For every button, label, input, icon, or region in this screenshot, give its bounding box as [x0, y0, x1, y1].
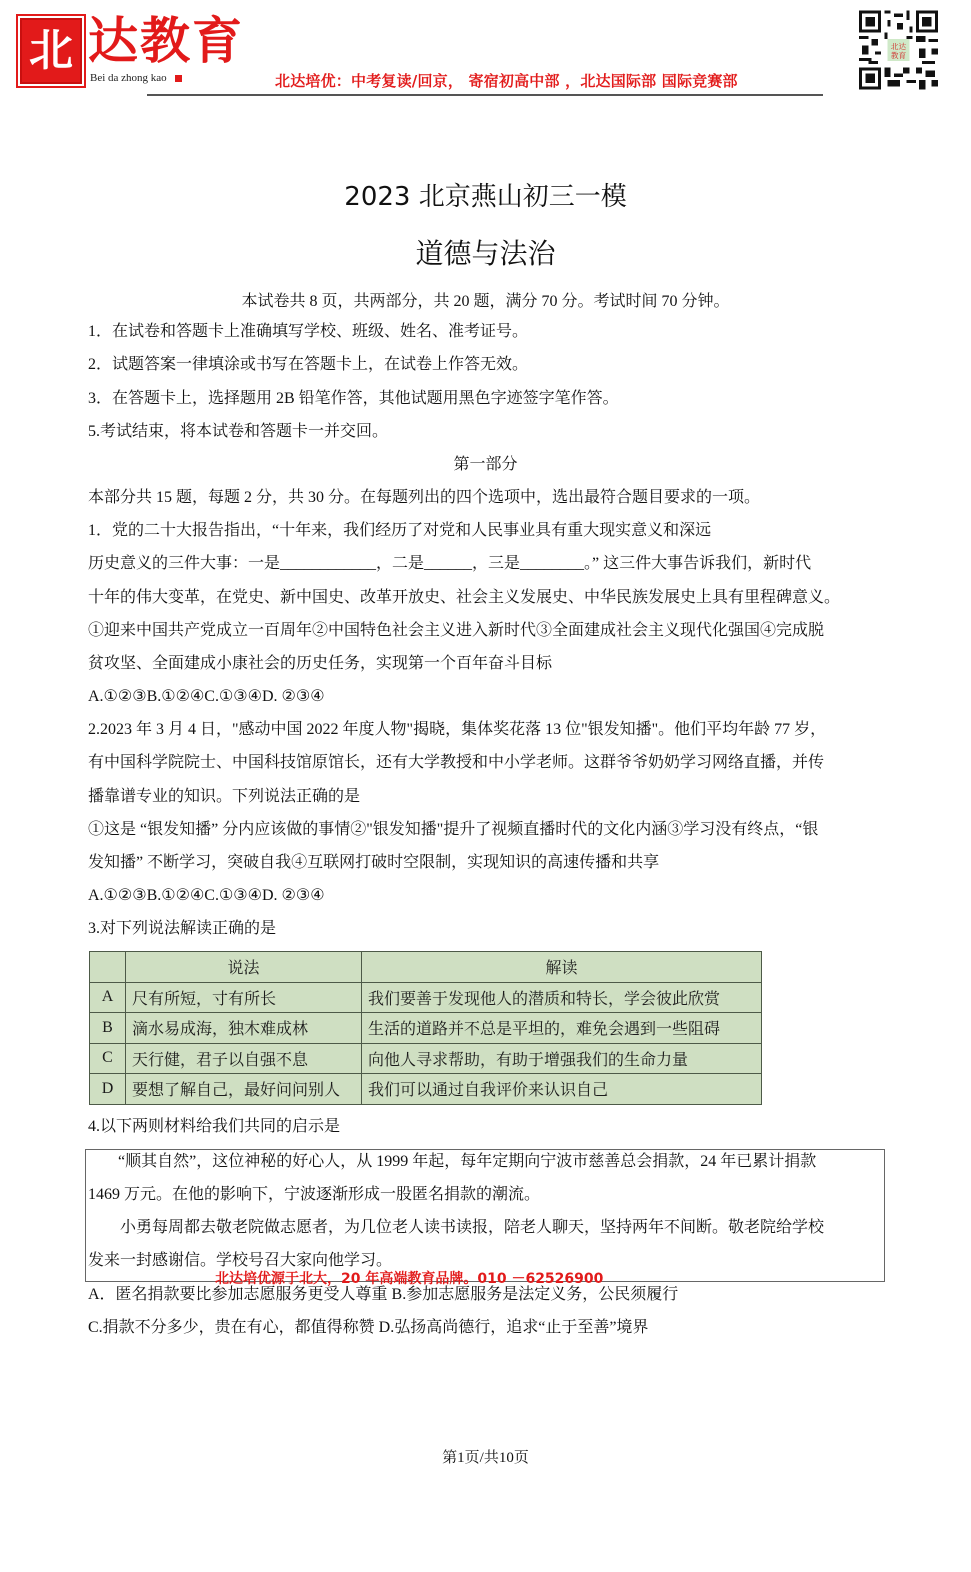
- table-cell: 滴水易成海，独木难成林: [126, 1013, 362, 1044]
- page-number: 第1页/共10页: [0, 1446, 971, 1467]
- q4-material-line-3: 小勇每周都去敬老院做志愿者，为几位老人读书读报，陪老人聊天，坚持两年不间断。敬老…: [120, 1218, 824, 1238]
- q2-line-4: ①这是 “银发知播” 分内应该做的事情②"银发知播"提升了视频直播时代的文化内涵…: [88, 820, 818, 840]
- table-row: B 滴水易成海，独木难成林 生活的道路并不总是平坦的，难免会遇到一些阻碍: [90, 1013, 762, 1044]
- part1-heading: 第一部分: [0, 455, 971, 475]
- instruction-1: 1．在试卷和答题卡上准确填写学校、班级、姓名、准考证号。: [88, 322, 528, 342]
- table-cell: 我们要善于发现他人的潜质和特长，学会彼此欣赏: [362, 982, 762, 1013]
- q4-stem: 4.以下两则材料给我们共同的启示是: [88, 1117, 340, 1137]
- qr-code-icon: 北达 教育: [859, 10, 938, 90]
- subject-title: 道德与法治: [0, 232, 971, 272]
- table-cell: A: [90, 982, 126, 1013]
- table-cell: 向他人寻求帮助，有助于增强我们的生命力量: [362, 1043, 762, 1074]
- table-cell: 我们可以通过自我评价来认识自己: [362, 1074, 762, 1105]
- table-cell: C: [90, 1043, 126, 1074]
- q4-material-line-1: “顺其自然”，这位神秘的好心人，从 1999 年起，每年定期向宁波市慈善总会捐款…: [118, 1152, 816, 1172]
- q3-stem: 3.对下列说法解读正确的是: [88, 919, 276, 939]
- logo-subtitle: Bei da zhong kao: [90, 72, 182, 84]
- q2-line-2: 有中国科学院院士、中国科技馆原馆长，还有大学教授和中小学老师。这群爷爷奶奶学习网…: [88, 753, 824, 773]
- exam-title: 2023 北京燕山初三一模: [0, 176, 971, 213]
- table-header-row: 说法 解读: [90, 952, 762, 983]
- q3-table: 说法 解读 A 尺有所短，寸有所长 我们要善于发现他人的潜质和特长，学会彼此欣赏…: [89, 951, 762, 1105]
- q1-line-4: ①迎来中国共产党成立一百周年②中国特色社会主义进入新时代③全面建成社会主义现代化…: [88, 621, 824, 641]
- q1-options: A.①②③B.①②④C.①③④D. ②③④: [88, 687, 325, 707]
- table-header-cell: 说法: [126, 952, 362, 983]
- instruction-5: 5.考试结束，将本试卷和答题卡一并交回。: [88, 422, 388, 442]
- table-cell: 天行健，君子以自强不息: [126, 1043, 362, 1074]
- table-cell: 生活的道路并不总是平坦的，难免会遇到一些阻碍: [362, 1013, 762, 1044]
- table-header-cell: 解读: [362, 952, 762, 983]
- qr-label: 北达: [891, 41, 907, 51]
- q2-line-5: 发知播” 不断学习，突破自我④互联网打破时空限制，实现知识的高速传播和共享: [88, 853, 659, 873]
- q2-options: A.①②③B.①②④C.①③④D. ②③④: [88, 886, 325, 906]
- table-row: A 尺有所短，寸有所长 我们要善于发现他人的潜质和特长，学会彼此欣赏: [90, 982, 762, 1013]
- logo-subtitle-text: Bei da zhong kao: [90, 72, 167, 84]
- part1-description: 本部分共 15 题，每题 2 分，共 30 分。在每题列出的四个选项中，选出最符…: [88, 488, 760, 508]
- q1-line-5: 贫攻坚、全面建成小康社会的历史任务，实现第一个百年奋斗目标: [88, 654, 552, 674]
- q4-options-line-1: A．匿名捐款要比参加志愿服务更受人尊重 B.参加志愿服务是法定义务，公民须履行: [88, 1285, 678, 1305]
- q1-line-2: 历史意义的三件大事：一是____________，二是______，三是____…: [88, 554, 811, 574]
- logo-seal-char: 北: [29, 29, 73, 73]
- table-row: C 天行健，君子以自强不息 向他人寻求帮助，有助于增强我们的生命力量: [90, 1043, 762, 1074]
- logo-seal: 北: [20, 18, 82, 84]
- red-square-icon: [175, 75, 182, 82]
- q2-line-3: 播靠谱专业的知识。下列说法正确的是: [88, 787, 360, 807]
- q2-line-1: 2.2023 年 3 月 4 日，"感动中国 2022 年度人物"揭晓，集体奖花…: [88, 720, 826, 740]
- svg-text:教育: 教育: [891, 50, 907, 60]
- exam-intro: 本试卷共 8 页，共两部分，共 20 题，满分 70 分。考试时间 70 分钟。: [0, 288, 971, 311]
- table-cell: B: [90, 1013, 126, 1044]
- logo-text: 达教育: [88, 16, 244, 66]
- table-cell: 尺有所短，寸有所长: [126, 982, 362, 1013]
- q4-material-line-2: 1469 万元。在他的影响下，宁波逐渐形成一股匿名捐款的潮流。: [88, 1185, 540, 1205]
- table-row: D 要想了解自己，最好问问别人 我们可以通过自我评价来认识自己: [90, 1074, 762, 1105]
- q1-line-3: 十年的伟大变革，在党史、新中国史、改革开放史、社会主义发展史、中华民族发展史上具…: [88, 588, 840, 608]
- table-header-cell: [90, 952, 126, 983]
- table-cell: 要想了解自己，最好问问别人: [126, 1074, 362, 1105]
- instruction-3: 3．在答题卡上，选择题用 2B 铅笔作答，其他试题用黑色字迹签字笔作答。: [88, 389, 619, 409]
- table-cell: D: [90, 1074, 126, 1105]
- instruction-2: 2．试题答案一律填涂或书写在答题卡上，在试卷上作答无效。: [88, 355, 528, 375]
- q1-line-1: 1．党的二十大报告指出，“十年来，我们经历了对党和人民事业具有重大现实意义和深远: [88, 521, 711, 541]
- header-slogan: 北达培优：中考复读/回京， 寄宿初高中部 ，北达国际部 国际竞赛部: [275, 70, 738, 91]
- header-divider: [147, 94, 823, 96]
- q4-options-line-2: C.捐款不分多少，贵在有心，都值得称赞 D.弘扬高尚德行，追求“止于至善”境界: [88, 1318, 648, 1338]
